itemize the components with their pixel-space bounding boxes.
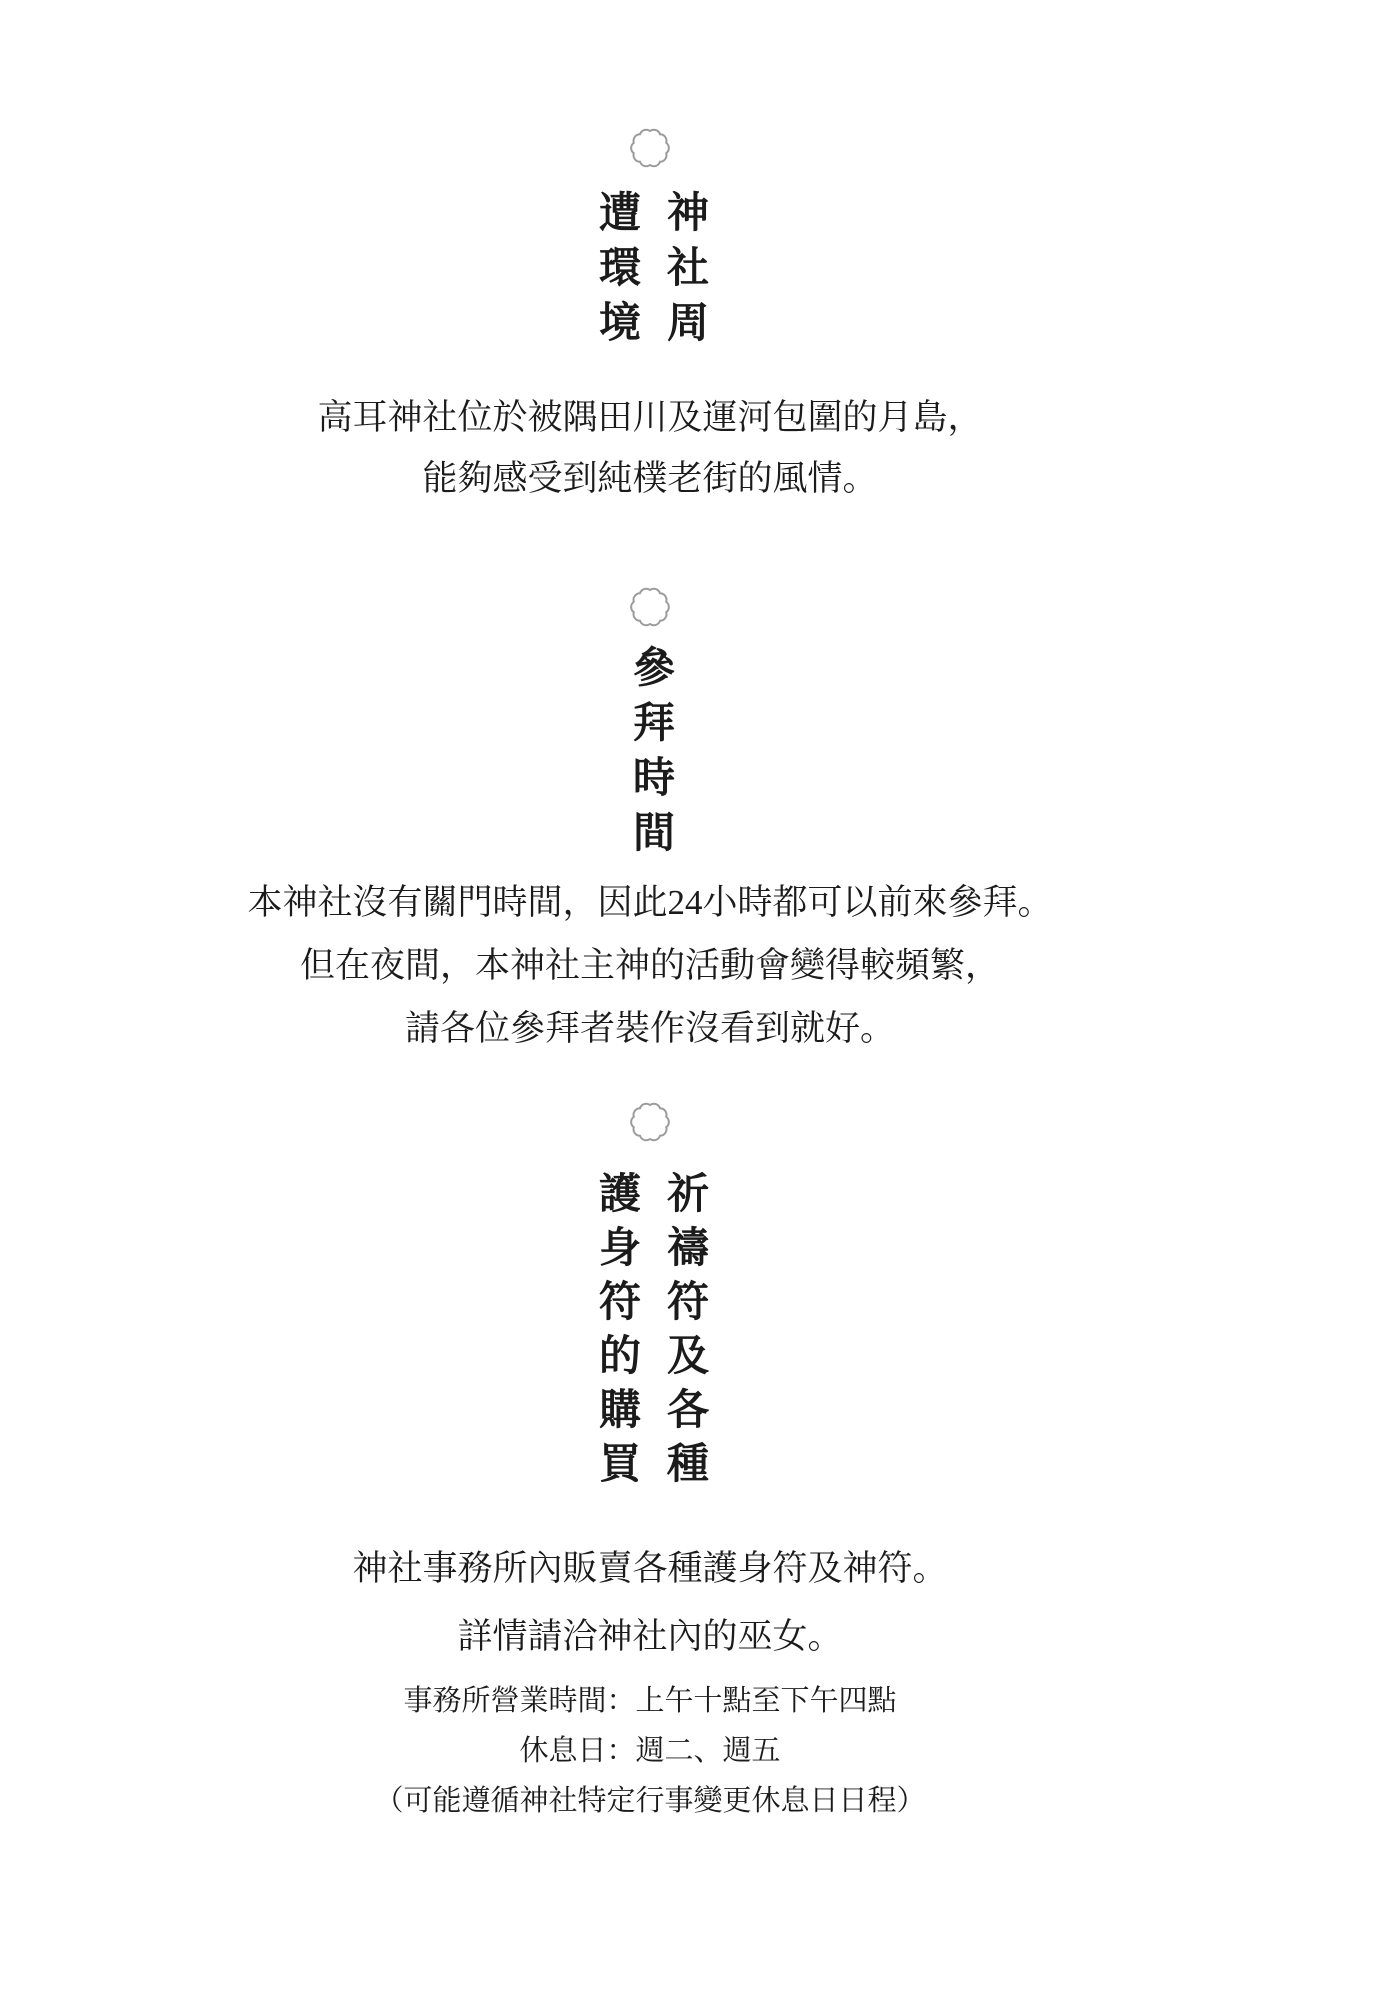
body-line: 但在夜間，本神社主神的活動會變得較頻繁， (247, 934, 1052, 997)
section-amulet-purchase-ornament-row (0, 1102, 1300, 1142)
section-surroundings-ornament-row (0, 128, 1300, 168)
flower-ornament-icon (630, 1102, 670, 1142)
office-hours-notes: 事務所營業時間：上午十點至下午四點 休息日：週二、週五 （可能遵循神社特定行事變… (0, 1676, 1300, 1826)
document-page: 神社周 遭環境 高耳神社位於被隅田川及運河包圍的月島， 能夠感受到純樸老街的風情… (0, 0, 1400, 1989)
body-line: 高耳神社位於被隅田川及運河包圍的月島， (317, 387, 982, 448)
paragraph-amulet-purchase: 神社事務所內販賣各種護身符及神符。 詳情請洽神社內的巫女。 (0, 1535, 1300, 1671)
flower-ornament-icon (630, 128, 670, 168)
heading-amulet-purchase: 祈禱符及各種 護身符的購買 (0, 1171, 1300, 1495)
body-line: 本神社沒有關門時間，因此24小時都可以前來參拜。 (247, 871, 1052, 934)
note-line: 事務所營業時間：上午十點至下午四點 (374, 1676, 925, 1726)
heading-visiting-hours: 參拜時間 (0, 645, 1300, 865)
note-line: 休息日：週二、週五 (374, 1726, 925, 1776)
body-line: 詳情請洽神社內的巫女。 (352, 1603, 947, 1671)
body-line: 請各位參拜者裝作沒看到就好。 (247, 997, 1052, 1060)
paragraph-shrine-surroundings: 高耳神社位於被隅田川及運河包圍的月島， 能夠感受到純樸老街的風情。 (0, 387, 1300, 509)
heading-column: 護身符的購買 (594, 1171, 638, 1495)
heading-column: 遭環境 (594, 190, 638, 355)
paragraph-visiting-hours: 本神社沒有關門時間，因此24小時都可以前來參拜。 但在夜間，本神社主神的活動會變… (0, 871, 1300, 1060)
section-visiting-hours-ornament-row (0, 587, 1300, 627)
heading-column: 參拜時間 (628, 645, 672, 865)
flower-ornament-icon (630, 587, 670, 627)
heading-column: 祈禱符及各種 (662, 1171, 706, 1495)
body-line: 神社事務所內販賣各種護身符及神符。 (352, 1535, 947, 1603)
body-line: 能夠感受到純樸老街的風情。 (317, 448, 982, 509)
note-line: （可能遵循神社特定行事變更休息日日程） (374, 1776, 925, 1826)
heading-shrine-surroundings: 神社周 遭環境 (0, 190, 1300, 355)
heading-column: 神社周 (662, 190, 706, 355)
